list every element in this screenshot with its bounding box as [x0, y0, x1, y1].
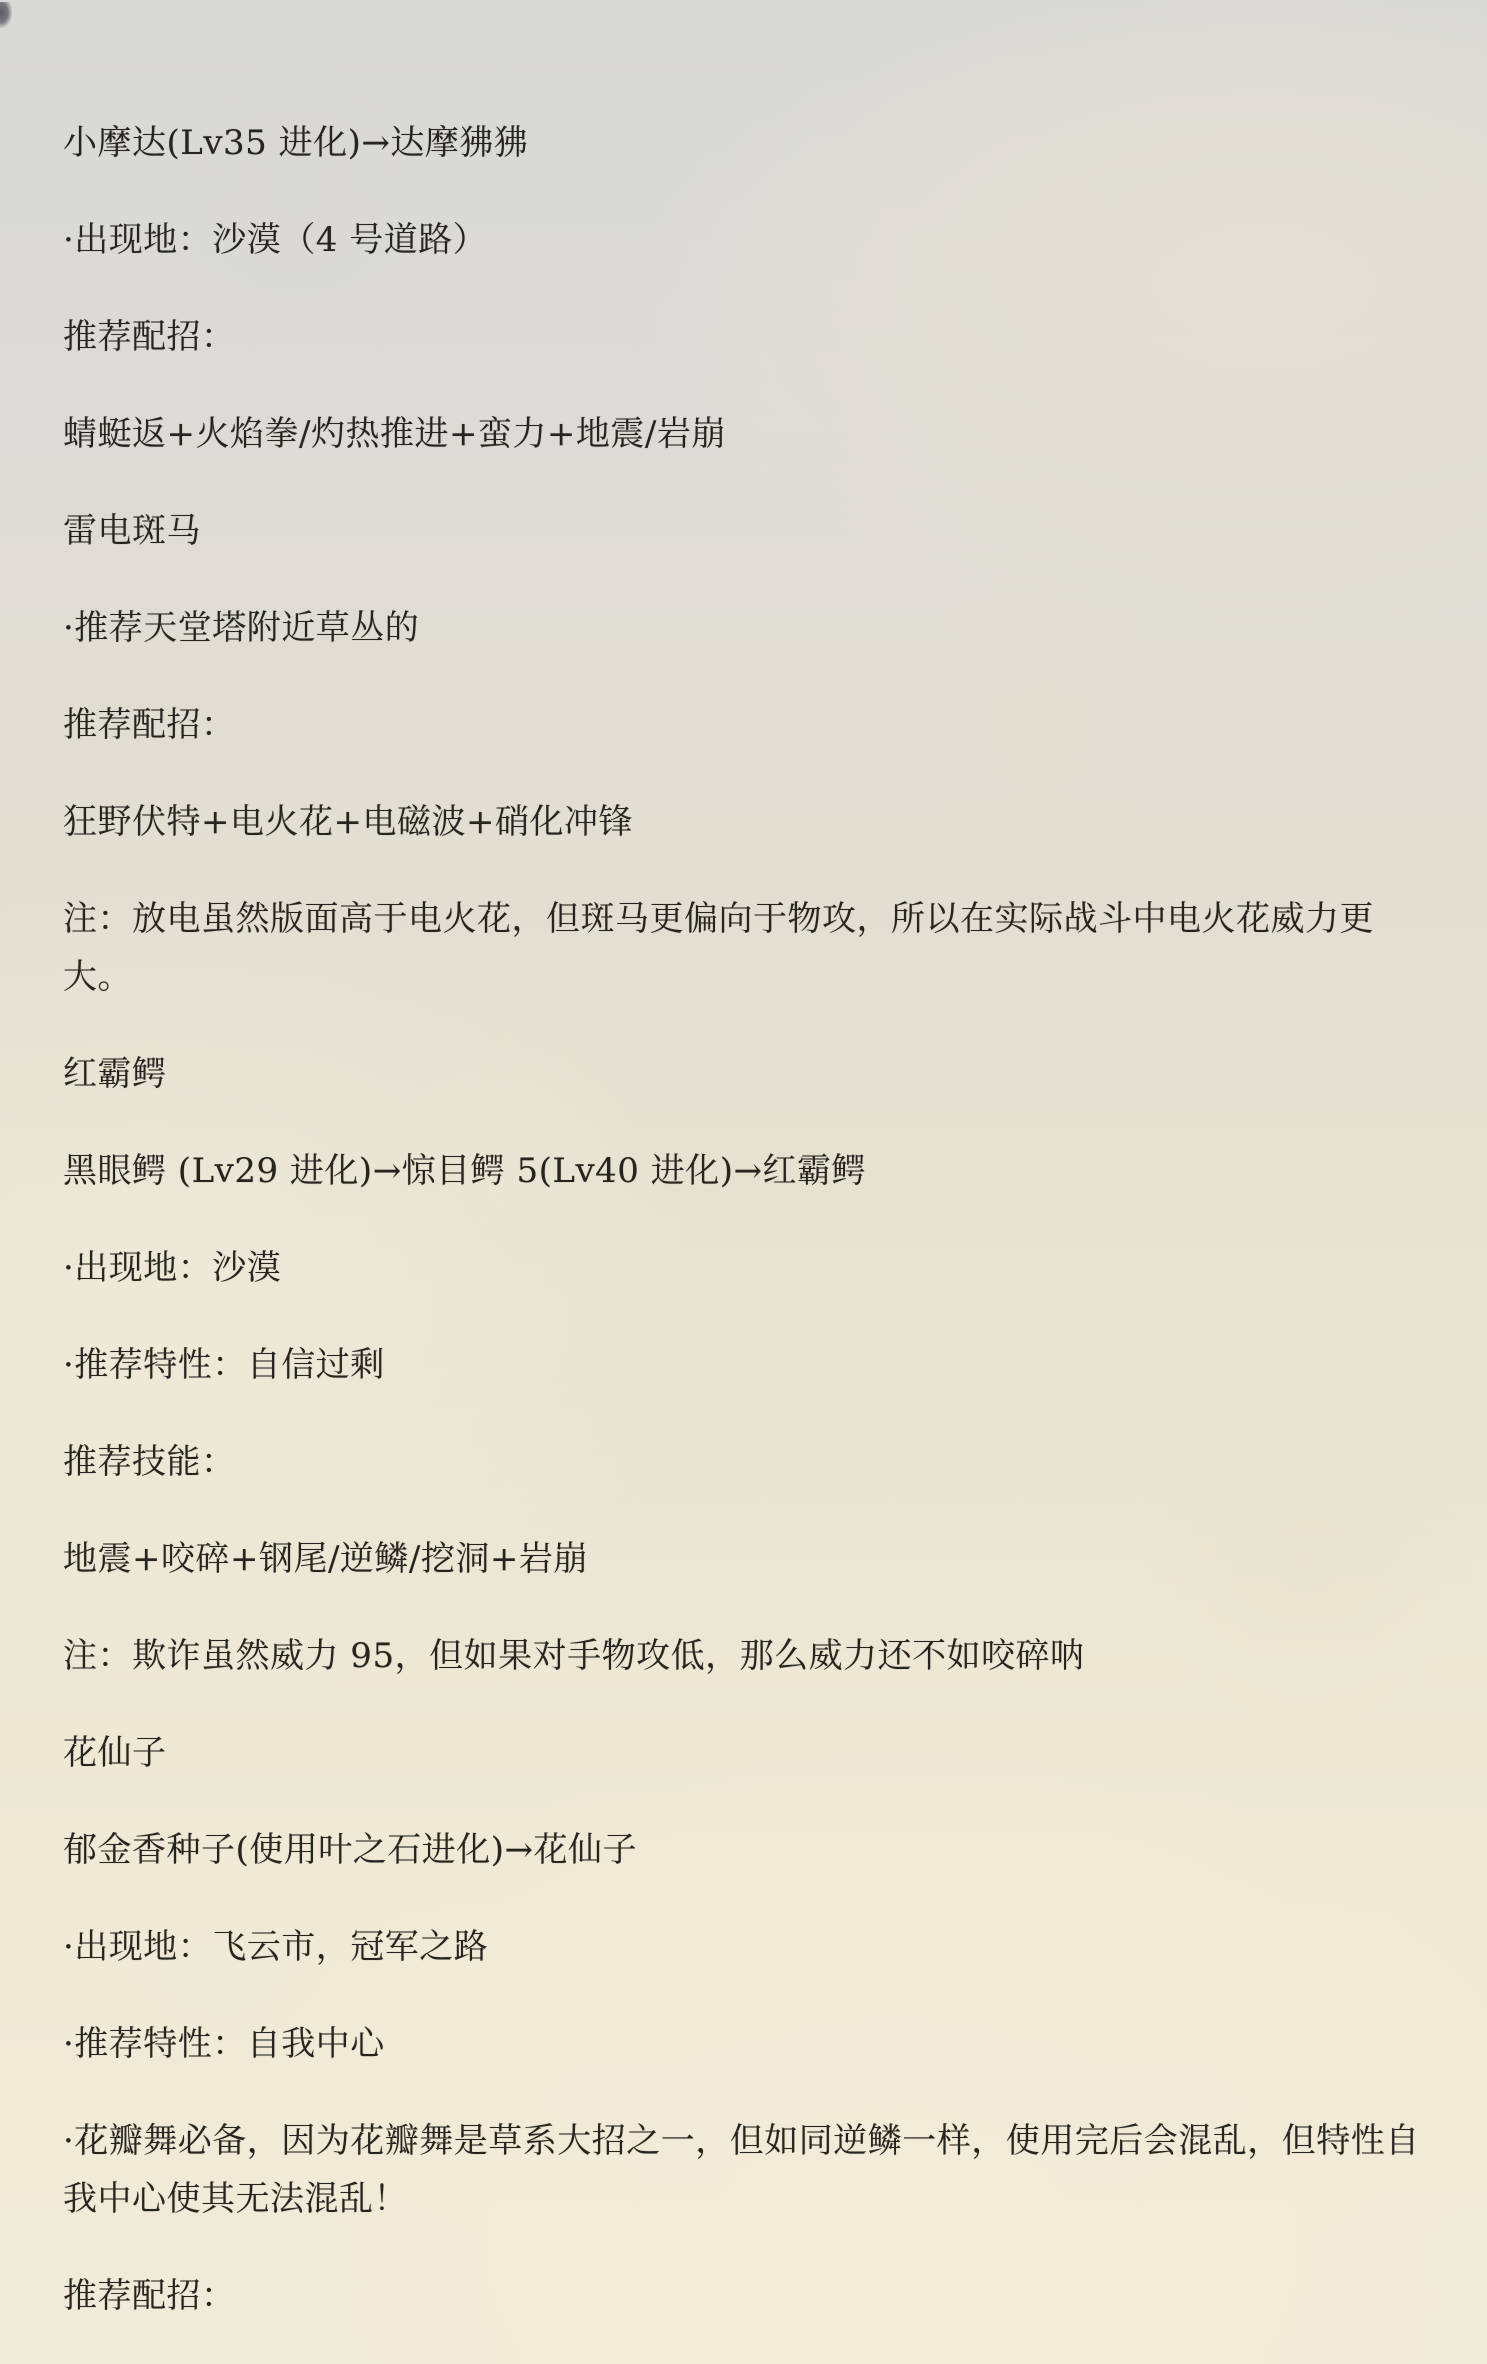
doc-line: ·出现地：飞云市，冠军之路	[63, 1918, 1433, 1976]
doc-line: ·推荐特性：自我中心	[63, 2015, 1433, 2073]
doc-line: 郁金香种子(使用叶之石进化)→花仙子	[63, 1821, 1433, 1879]
doc-line: 蜻蜓返+火焰拳/灼热推进+蛮力+地震/岩崩	[63, 405, 1433, 463]
doc-line: 推荐配招：	[63, 2267, 1433, 2325]
doc-line: ·推荐天堂塔附近草丛的	[63, 599, 1433, 657]
doc-line: ·花瓣舞必备，因为花瓣舞是草系大招之一，但如同逆鳞一样，使用完后会混乱，但特性自…	[63, 2112, 1433, 2228]
doc-line: 黑眼鳄 (Lv29 进化)→惊目鳄 5(Lv40 进化)→红霸鳄	[63, 1142, 1433, 1200]
doc-line: 小摩达(Lv35 进化)→达摩狒狒	[63, 114, 1433, 172]
document-page: 小摩达(Lv35 进化)→达摩狒狒·出现地：沙漠（4 号道路）推荐配招：蜻蜓返+…	[0, 0, 1487, 2364]
text-block: 小摩达(Lv35 进化)→达摩狒狒·出现地：沙漠（4 号道路）推荐配招：蜻蜓返+…	[63, 114, 1433, 2364]
doc-line: 注：欺诈虽然威力 95，但如果对手物攻低，那么威力还不如咬碎呐	[63, 1627, 1433, 1685]
doc-line: ·推荐特性：自信过剩	[63, 1336, 1433, 1394]
doc-line: ·出现地：沙漠（4 号道路）	[63, 211, 1433, 269]
doc-line: ·出现地：沙漠	[63, 1239, 1433, 1297]
doc-line: 雷电斑马	[63, 502, 1433, 560]
scan-artifact	[0, 2, 12, 28]
doc-line: 狂野伏特+电火花+电磁波+硝化冲锋	[63, 793, 1433, 851]
doc-line: 推荐技能：	[63, 1433, 1433, 1491]
doc-line: 推荐配招：	[63, 308, 1433, 366]
doc-line: 地震+咬碎+钢尾/逆鳞/挖洞+岩崩	[63, 1530, 1433, 1588]
doc-line: 红霸鳄	[63, 1045, 1433, 1103]
doc-line: 花仙子	[63, 1724, 1433, 1782]
doc-line: 注：放电虽然版面高于电火花，但斑马更偏向于物攻，所以在实际战斗中电火花威力更大。	[63, 890, 1433, 1006]
doc-line: 推荐配招：	[63, 696, 1433, 754]
